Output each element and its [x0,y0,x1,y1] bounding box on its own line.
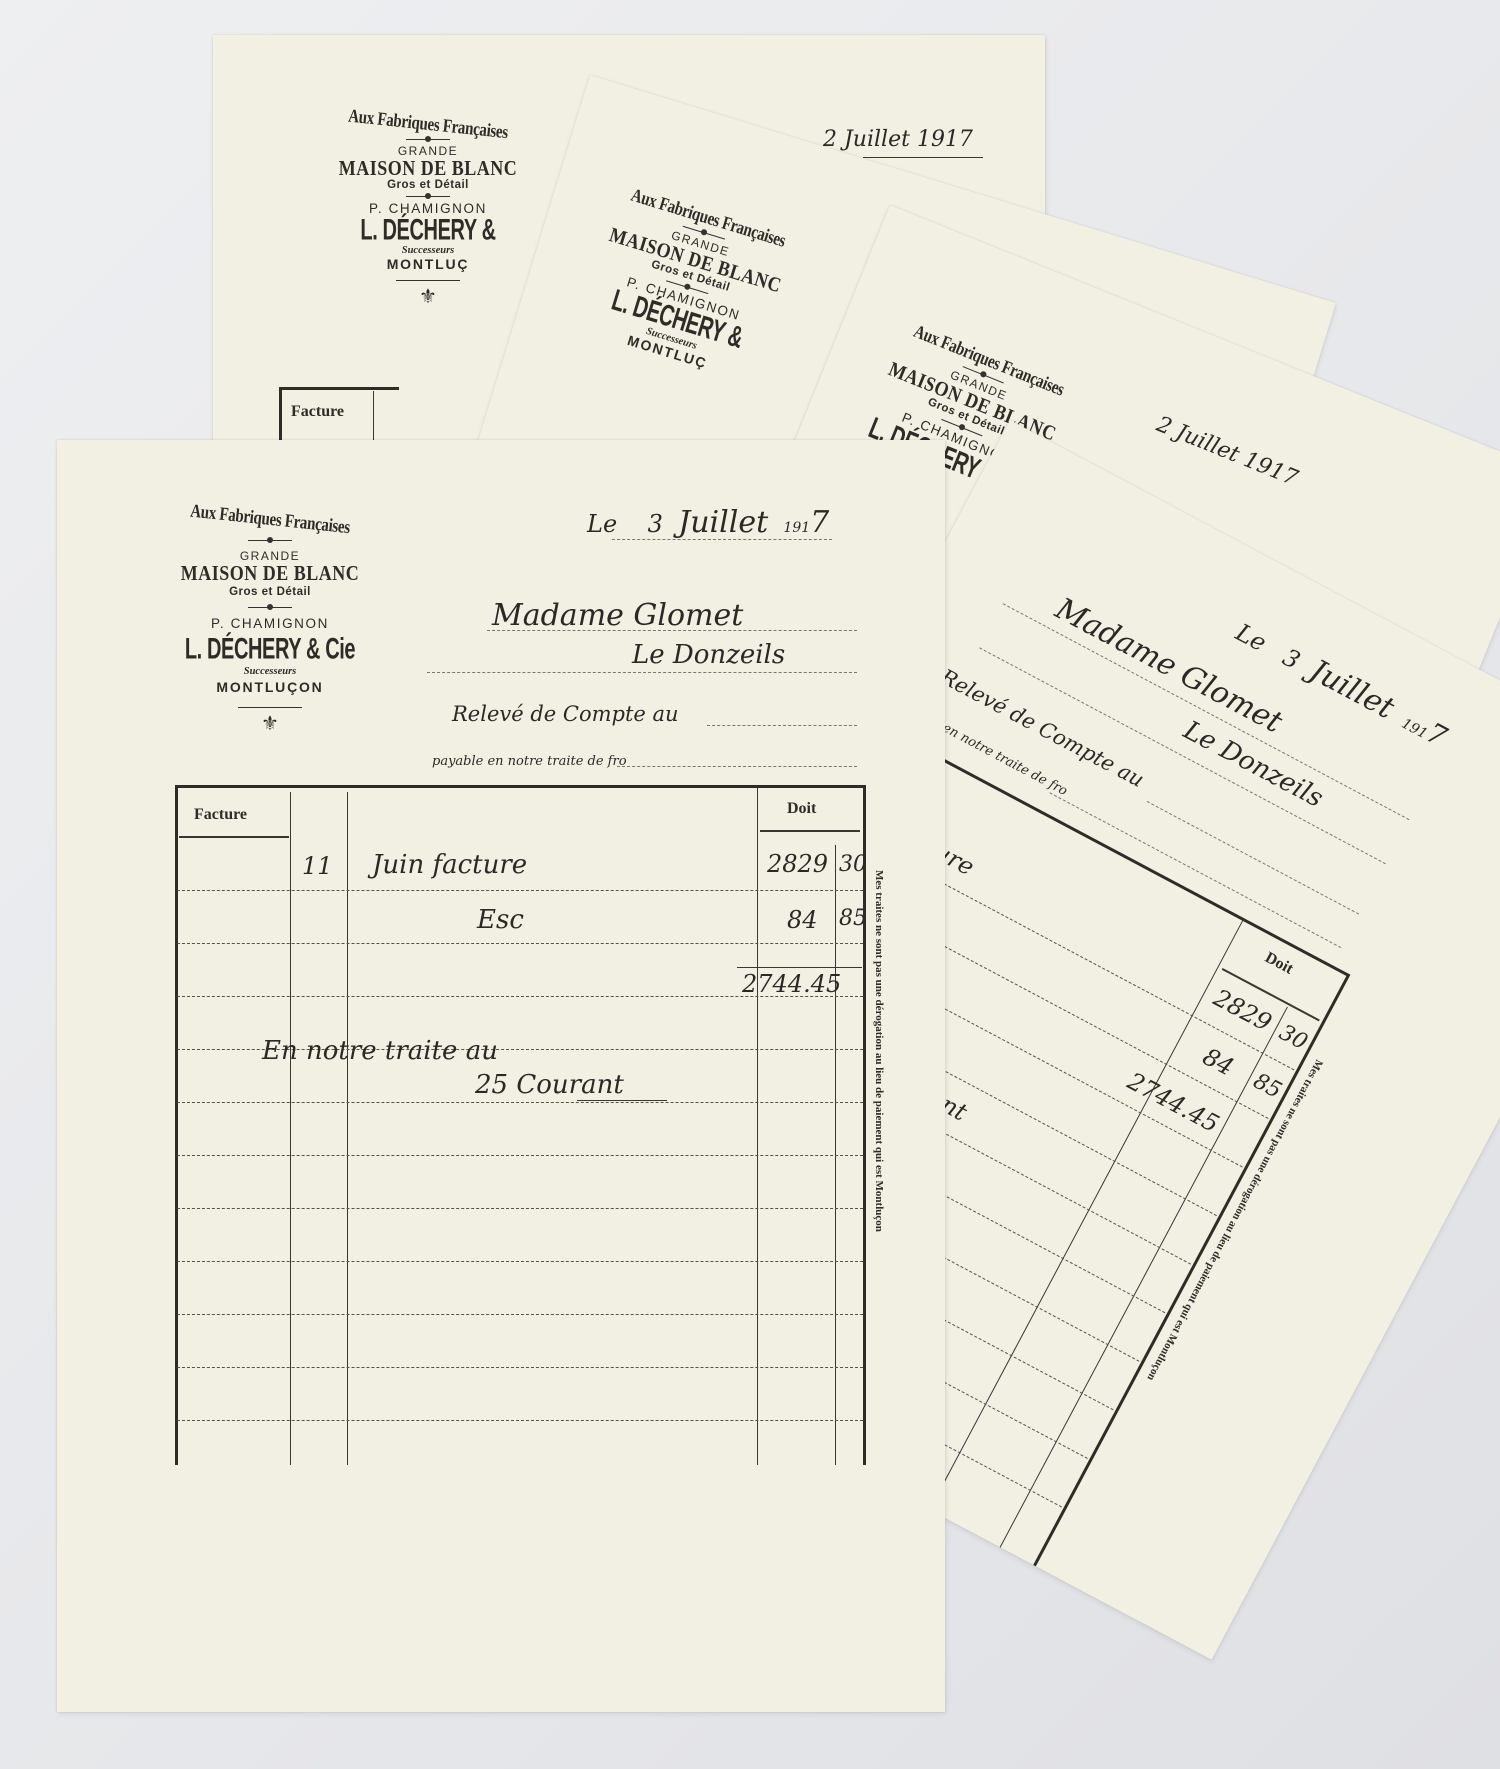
date-day: 3 [1278,643,1305,675]
date-line: Le 3 Juillet 1917 [587,505,829,540]
recipient-line [487,630,857,631]
statement-line [1147,801,1359,915]
row2-description: Esc [477,905,524,935]
payable-line [617,766,857,767]
date-text: 2 Juillet 1917 [1153,412,1301,491]
facture-header: Facture [291,403,344,421]
letterhead-line8: MONTLUÇON [140,679,400,695]
table-row-line [177,1314,863,1315]
recipient-name: Madame Glomet [492,598,743,633]
ornament-divider [140,535,400,545]
invoice-sheet-front: Aux Fabriques Françaises GRANDE MAISON D… [57,440,945,1712]
row5-note: 25 Courant [475,1070,624,1100]
row5-underline [577,1100,667,1101]
doit-header-underline [760,830,860,832]
facture-header-underline [179,836,289,838]
date-year-digit: 7 [810,505,829,540]
table-right-border [1019,973,1350,1592]
statement-label: Relevé de Compte au [452,702,679,726]
date-underline [863,157,983,158]
letterhead-line6: L. DÉCHERY & Cie [166,632,374,667]
letterhead-line8: MONTLUÇ [298,256,558,272]
statement-line [707,725,857,726]
table-row-line [177,1155,863,1156]
date-line: 2 Juillet 1917 [823,127,973,152]
row3-total: 2744.45 [742,970,841,998]
table-row-line [177,943,863,944]
letterhead-line4: Gros et Détail [140,586,400,598]
row1-description: Juin facture [372,850,527,880]
day-column-line [347,792,348,1465]
total-rule [737,967,862,968]
row1-day: 11 [302,852,333,880]
table-row-line [177,1261,863,1262]
row2-amount: 84 [787,906,818,934]
facture-column-line [290,792,291,1465]
payable-label: payable en notre traite de fro [432,754,627,769]
letterhead: Aux Fabriques Françaises GRANDE MAISON D… [140,512,400,733]
letterhead-line3: MAISON DE BLANC [298,156,558,180]
row2-amount: 84 [1198,1042,1238,1081]
table-top-border [175,785,865,788]
letterhead-line7: Successeurs [140,666,400,677]
table-row-line [177,1102,863,1103]
letterhead: Aux Fabriques Françaises GRANDE MAISON D… [298,117,558,306]
facture-header: Facture [194,806,247,824]
letterhead-line5: P. CHAMIGNON [140,616,400,631]
letterhead-line4: Gros et Détail [298,179,558,191]
table-row-line [177,1420,863,1421]
ornament-divider [140,602,400,612]
table-row-line [177,890,863,891]
date-month: Juillet [1304,653,1400,726]
recipient-name: Madame Glomet [1050,591,1288,740]
letterhead: Aux Fabriques Françaises GRANDE MAISON D… [541,173,835,397]
table-row-line [177,1367,863,1368]
date-prefix: Le [587,510,617,538]
row4-note: En notre traite au [262,1036,498,1066]
recipient-place: Le Donzeils [632,640,785,670]
date-line: 2 Juillet 1917 [1153,412,1301,491]
date-underline [612,539,832,540]
row3-total: 2744.45 [1123,1067,1224,1138]
table-left-border [175,785,178,1465]
table-right-border [863,785,866,1465]
recipient-place-line [427,672,857,673]
fleur-de-lis-icon: ⚜ [140,713,400,733]
date-year: 191 [783,520,810,536]
table-top-border [279,387,399,390]
row1-cents: 30 [839,852,867,877]
date-text: 2 Juillet 1917 [823,127,973,152]
doit-header: Doit [787,800,816,818]
date-day: 3 [648,510,663,538]
table-row-line [177,1208,863,1209]
ornament-divider [298,134,558,144]
doit-column-line [914,920,1244,1539]
letterhead-line3: MAISON DE BLANC [140,561,400,585]
side-notice: Mes traites ne sont pas une dérogation a… [873,870,885,1232]
doit-header: Doit [1262,949,1296,979]
date-year-digit: 7 [1421,716,1452,754]
letterhead-line6: L. DÉCHERY & [324,213,532,248]
date-prefix: Le [1231,618,1271,657]
row2-cents: 85 [839,906,867,931]
row1-amount: 2829 [767,850,828,878]
ornament-divider [298,191,558,201]
date-month: Juillet [678,505,768,540]
